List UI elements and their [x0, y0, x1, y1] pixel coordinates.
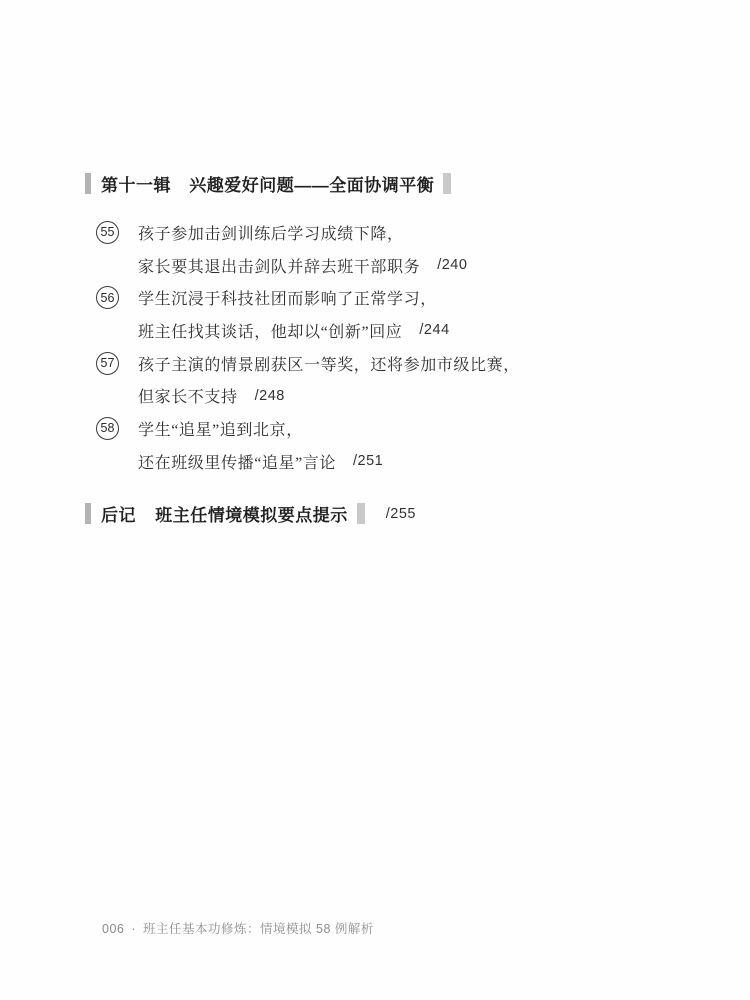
entry-title-line: 还在班级里传播“追星”言论	[138, 450, 336, 473]
afterword-name: 班主任情境模拟要点提示	[155, 506, 348, 525]
afterword-label: 后记	[101, 506, 136, 525]
entry-number-circle: 57	[96, 352, 119, 375]
entry-page-number: /240	[437, 257, 467, 273]
afterword-title: 后记 班主任情境模拟要点提示	[101, 501, 348, 526]
section-number: 第十一辑	[101, 176, 171, 195]
heading-left-bar	[85, 503, 91, 524]
footer-separator: ·	[131, 922, 136, 936]
toc-entry-58-line2: 还在班级里传播“追星”言论 /251	[96, 445, 656, 478]
toc-list: 55 孩子参加击剑训练后学习成绩下降， 家长要其退出击剑队并辞去班干部职务 /2…	[96, 216, 656, 478]
toc-entry-55-line2: 家长要其退出击剑队并辞去班干部职务 /240	[96, 249, 656, 282]
afterword-page-number: /255	[386, 506, 416, 522]
toc-entry-56-line2: 班主任找其谈话，他却以“创新”回应 /244	[96, 314, 656, 347]
entry-page-number: /248	[255, 388, 285, 404]
entry-title-line: 孩子参加击剑训练后学习成绩下降，	[138, 221, 404, 244]
toc-entry-57-line2: 但家长不支持 /248	[96, 379, 656, 412]
entry-number-circle: 56	[96, 286, 119, 309]
afterword-row: 后记 班主任情境模拟要点提示 /255	[85, 501, 416, 526]
entry-number-circle: 58	[96, 417, 119, 440]
entry-number-circle: 55	[96, 221, 119, 244]
section-name: 兴趣爱好问题——全面协调平衡	[189, 176, 434, 195]
toc-entry-57-line1: 57 孩子主演的情景剧获区一等奖，还将参加市级比赛，	[96, 347, 656, 380]
entry-page-number: /251	[353, 453, 383, 469]
page-footer: 006·班主任基本功修炼：情境模拟 58 例解析	[102, 919, 374, 937]
entry-title-line: 家长要其退出击剑队并辞去班干部职务	[138, 254, 420, 277]
entry-title-line: 孩子主演的情景剧获区一等奖，还将参加市级比赛，	[138, 352, 520, 375]
toc-entry-58-line1: 58 学生“追星”追到北京，	[96, 412, 656, 445]
heading-right-bar	[357, 503, 365, 524]
section-header: 第十一辑 兴趣爱好问题——全面协调平衡	[85, 171, 451, 196]
entry-title-line: 学生沉浸于科技社团而影响了正常学习，	[138, 286, 437, 309]
folio-page-number: 006	[102, 922, 124, 936]
entry-title-line: 班主任找其谈话，他却以“创新”回应	[138, 319, 402, 342]
toc-entry-56-line1: 56 学生沉浸于科技社团而影响了正常学习，	[96, 281, 656, 314]
heading-left-bar	[85, 173, 91, 194]
book-page: 第十一辑 兴趣爱好问题——全面协调平衡 55 孩子参加击剑训练后学习成绩下降， …	[0, 0, 750, 1000]
running-book-title: 班主任基本功修炼：情境模拟 58 例解析	[143, 922, 374, 936]
section-title: 第十一辑 兴趣爱好问题——全面协调平衡	[101, 171, 434, 196]
entry-title-line: 但家长不支持	[138, 384, 238, 407]
entry-title-line: 学生“追星”追到北京，	[138, 417, 303, 440]
entry-page-number: /244	[419, 322, 449, 338]
toc-entry-55-line1: 55 孩子参加击剑训练后学习成绩下降，	[96, 216, 656, 249]
heading-right-bar	[443, 173, 451, 194]
